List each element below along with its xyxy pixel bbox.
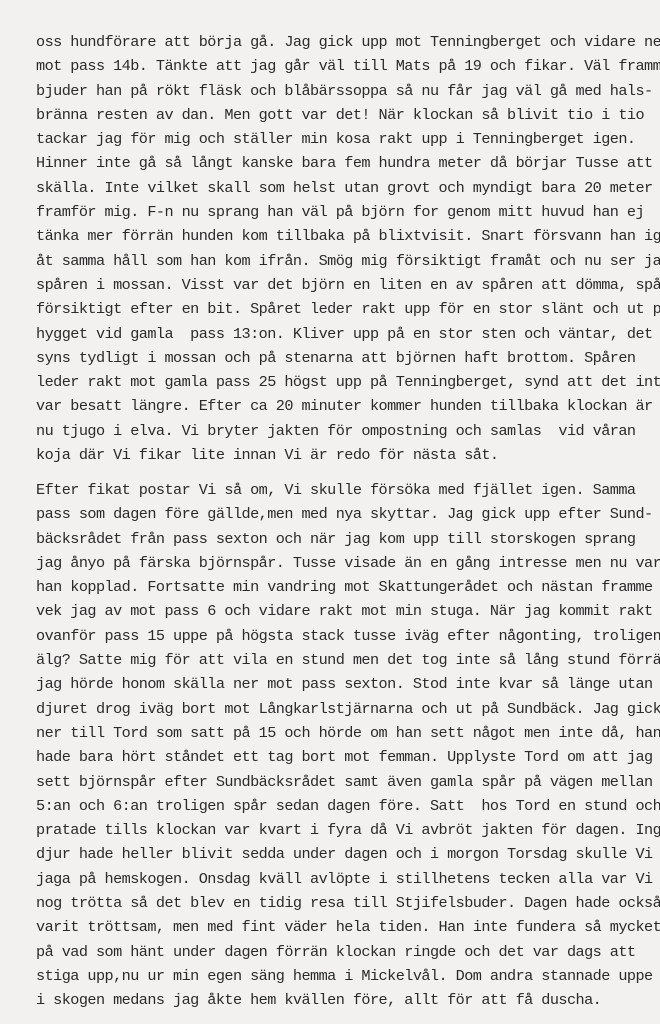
text-line: Hinner inte gå så långt kanske bara fem … — [36, 151, 656, 175]
text-line: jag hörde honom skälla ner mot pass sext… — [36, 672, 656, 696]
text-line: i skogen medans jag åkte hem kvällen för… — [36, 988, 656, 1012]
typewritten-page: oss hundförare att börja gå. Jag gick up… — [0, 0, 660, 1024]
text-line: pass som dagen före gällde,men med nya s… — [36, 502, 656, 526]
text-line: på vad som hänt under dagen förrän klock… — [36, 940, 656, 964]
text-line: sett björnspår efter Sundbäcksrådet samt… — [36, 770, 656, 794]
text-line: han kopplad. Fortsatte min vandring mot … — [36, 575, 656, 599]
text-line: åt samma håll som han kom ifrån. Smög mi… — [36, 249, 656, 273]
text-line: bäcksrådet från pass sexton och när jag … — [36, 527, 656, 551]
text-line: 5:an och 6:an troligen spår sedan dagen … — [36, 794, 656, 818]
text-line: djuret drog iväg bort mot Långkarlstjärn… — [36, 697, 656, 721]
text-line: mot pass 14b. Tänkte att jag går väl til… — [36, 54, 656, 78]
text-line: djur hade heller blivit sedda under dage… — [36, 842, 656, 866]
text-line: pratade tills klockan var kvart i fyra d… — [36, 818, 656, 842]
text-line: koja där Vi fikar lite innan Vi är redo … — [36, 443, 656, 467]
text-line: leder rakt mot gamla pass 25 högst upp p… — [36, 370, 656, 394]
text-line: ner till Tord som satt på 15 och hörde o… — [36, 721, 656, 745]
text-line: bränna resten av dan. Men gott var det! … — [36, 103, 656, 127]
text-line: skälla. Inte vilket skall som helst utan… — [36, 176, 656, 200]
text-line: nu tjugo i elva. Vi bryter jakten för om… — [36, 419, 656, 443]
text-line: spåren i mossan. Visst var det björn en … — [36, 273, 656, 297]
text-line: Efter fikat postar Vi så om, Vi skulle f… — [36, 478, 656, 502]
text-line: syns tydligt i mossan och på stenarna at… — [36, 346, 656, 370]
text-line: älg? Satte mig för att vila en stund men… — [36, 648, 656, 672]
text-line: var besatt längre. Efter ca 20 minuter k… — [36, 394, 656, 418]
text-line: hygget vid gamla pass 13:on. Kliver upp … — [36, 322, 656, 346]
text-line: tackar jag för mig och ställer min kosa … — [36, 127, 656, 151]
text-line: nog trötta så det blev en tidig resa til… — [36, 891, 656, 915]
text-line: försiktigt efter en bit. Spåret leder ra… — [36, 297, 656, 321]
text-line: tänka mer förrän hunden kom tillbaka på … — [36, 224, 656, 248]
text-line: oss hundförare att börja gå. Jag gick up… — [36, 30, 656, 54]
text-line: ovanför pass 15 uppe på högsta stack tus… — [36, 624, 656, 648]
text-line: framför mig. F-n nu sprang han väl på bj… — [36, 200, 656, 224]
paragraph-1: oss hundförare att börja gå. Jag gick up… — [36, 30, 656, 467]
paragraph-2: Efter fikat postar Vi så om, Vi skulle f… — [36, 478, 656, 1013]
text-line: varit tröttsam, men med fint väder hela … — [36, 915, 656, 939]
text-line: jag ånyo på färska björnspår. Tusse visa… — [36, 551, 656, 575]
text-line: jaga på hemskogen. Onsdag kväll avlöpte … — [36, 867, 656, 891]
text-line: vek jag av mot pass 6 och vidare rakt mo… — [36, 599, 656, 623]
text-line: bjuder han på rökt fläsk och blåbärssopp… — [36, 79, 656, 103]
text-line: stiga upp,nu ur min egen säng hemma i Mi… — [36, 964, 656, 988]
text-line: hade bara hört ståndet ett tag bort mot … — [36, 745, 656, 769]
